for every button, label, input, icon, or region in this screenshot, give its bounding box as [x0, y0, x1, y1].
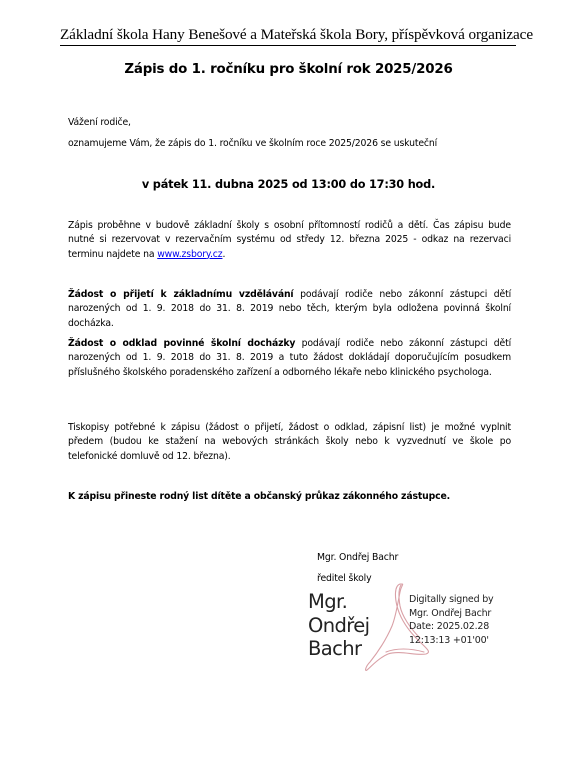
- document-page: Základní škola Hany Benešové a Mateřská …: [0, 0, 577, 762]
- page-title: Zápis do 1. ročníku pro školní rok 2025/…: [0, 61, 577, 79]
- digital-signature-details: Digitally signed by Mgr. Ondřej Bachr Da…: [409, 593, 493, 648]
- signature-name-line: Ondřej: [308, 614, 370, 638]
- signatory-name: Mgr. Ondřej Bachr: [317, 551, 398, 565]
- signature-detail-line: Date: 2025.02.28: [409, 620, 493, 634]
- signature-detail-line: Mgr. Ondřej Bachr: [409, 607, 493, 621]
- signature-name-line: Bachr: [308, 637, 370, 661]
- reservation-paragraph: Zápis proběhne v budově základní školy s…: [68, 219, 511, 262]
- signature-detail-line: 12:13:13 +01'00': [409, 634, 493, 648]
- school-header: Základní škola Hany Benešové a Mateřská …: [60, 26, 516, 46]
- bring-documents-note: K zápisu přineste rodný list dítěte a ob…: [68, 490, 450, 504]
- reservation-text-end: .: [222, 249, 225, 260]
- admission-application-label: Žádost o přijetí k základnímu vzdělávání: [68, 289, 293, 300]
- deferral-application-label: Žádost o odklad povinné školní docházky: [68, 338, 295, 349]
- school-website-link[interactable]: www.zsbory.cz: [157, 249, 222, 260]
- greeting: Vážení rodiče,: [68, 116, 131, 130]
- deferral-application-paragraph: Žádost o odklad povinné školní docházky …: [68, 337, 511, 380]
- signature-detail-line: Digitally signed by: [409, 593, 493, 607]
- digital-signature-name: Mgr. Ondřej Bachr: [308, 590, 370, 661]
- signature-name-line: Mgr.: [308, 590, 370, 614]
- forms-paragraph: Tiskopisy potřebné k zápisu (žádost o př…: [68, 421, 511, 464]
- reservation-text: Zápis proběhne v budově základní školy s…: [68, 220, 511, 260]
- enrollment-date: v pátek 11. dubna 2025 od 13:00 do 17:30…: [0, 177, 577, 193]
- intro-text: oznamujeme Vám, že zápis do 1. ročníku v…: [68, 137, 437, 151]
- admission-application-paragraph: Žádost o přijetí k základnímu vzdělávání…: [68, 288, 511, 331]
